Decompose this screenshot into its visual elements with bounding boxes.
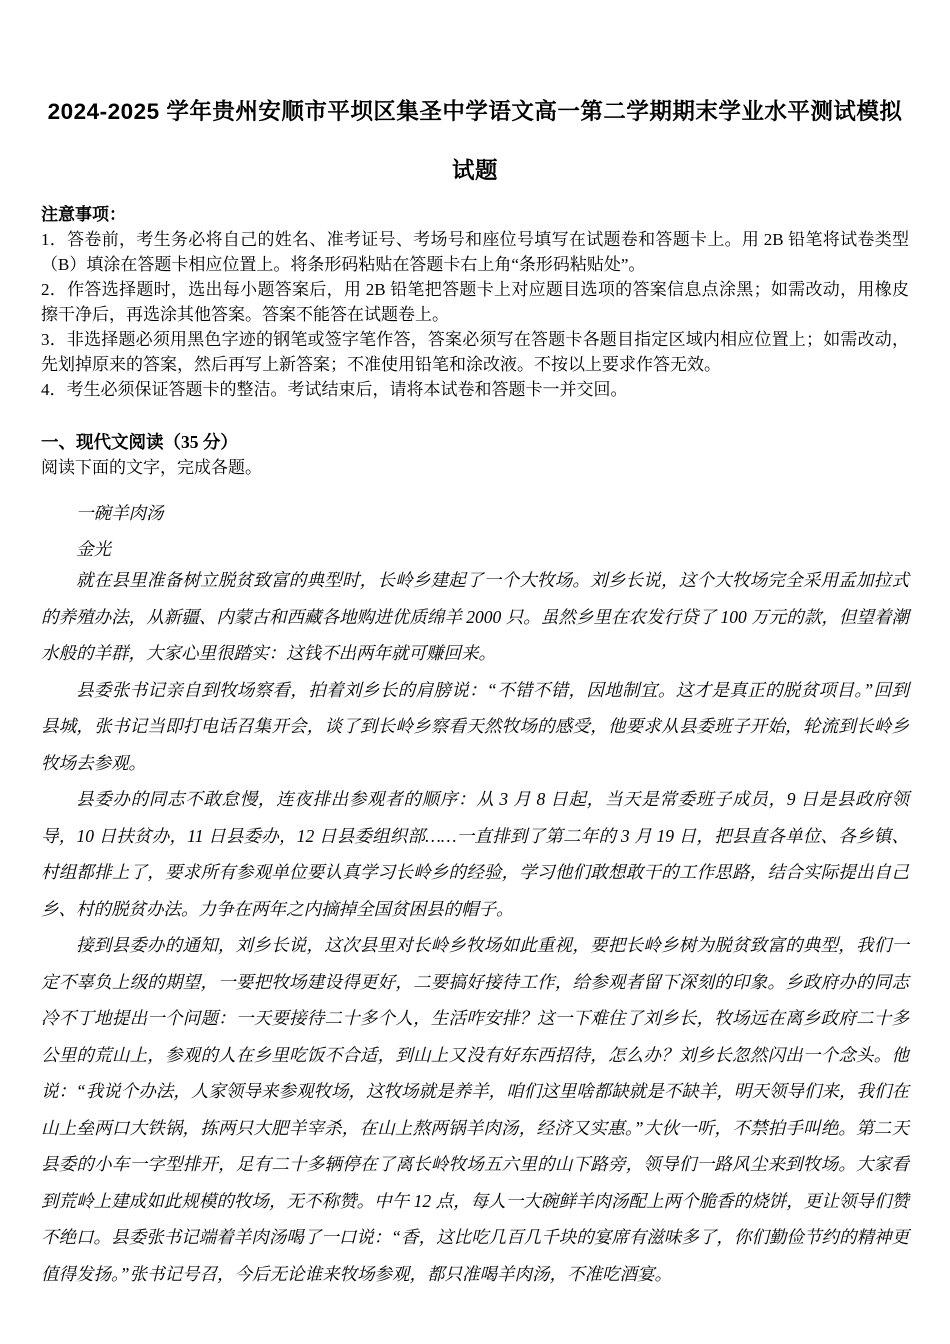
section-modern-reading: 一、现代文阅读（35 分） 阅读下面的文字，完成各题。 <box>41 430 909 480</box>
document-title-line1: 2024-2025 学年贵州安顺市平坝区集圣中学语文高一第二学期期末学业水平测试… <box>41 96 909 128</box>
passage-paragraph-1: 就在县里准备树立脱贫致富的典型时，长岭乡建起了一个大牧场。刘乡长说，这个大牧场完… <box>41 562 909 672</box>
passage-paragraph-3: 县委办的同志不敢怠慢，连夜排出参观者的顺序：从 3 月 8 日起，当天是常委班子… <box>41 781 909 927</box>
passage-paragraph-4: 接到县委办的通知，刘乡长说，这次县里对长岭乡牧场如此重视，要把长岭乡树为脱贫致富… <box>41 927 909 1292</box>
document-title-line2: 试题 <box>41 155 909 187</box>
notice-section: 注意事项： 1．答卷前，考生务必将自己的姓名、准考证号、考场号和座位号填写在试题… <box>41 202 909 402</box>
passage-author: 金光 <box>41 536 909 562</box>
reading-instruction: 阅读下面的文字，完成各题。 <box>41 455 909 480</box>
notice-item-2: 2．作答选择题时，选出每小题答案后，用 2B 铅笔把答题卡上对应题目选项的答案信… <box>41 277 909 327</box>
exam-paper-page: 2024-2025 学年贵州安顺市平坝区集圣中学语文高一第二学期期末学业水平测试… <box>0 0 950 1344</box>
notice-item-3: 3．非选择题必须用黑色字迹的钢笔或签字笔作答，答案必须写在答题卡各题目指定区域内… <box>41 327 909 377</box>
section-heading: 一、现代文阅读（35 分） <box>41 430 909 455</box>
notice-item-4: 4．考生必须保证答题卡的整洁。考试结束后，请将本试卷和答题卡一并交回。 <box>41 377 909 402</box>
notice-heading: 注意事项： <box>41 202 909 227</box>
passage-paragraph-2: 县委张书记亲自到牧场察看，拍着刘乡长的肩膀说：“不错不错，因地制宜。这才是真正的… <box>41 672 909 782</box>
reading-passage: 一碗羊肉汤 金光 就在县里准备树立脱贫致富的典型时，长岭乡建起了一个大牧场。刘乡… <box>41 500 909 1292</box>
notice-item-1: 1．答卷前，考生务必将自己的姓名、准考证号、考场号和座位号填写在试题卷和答题卡上… <box>41 227 909 277</box>
document-title: 2024-2025 学年贵州安顺市平坝区集圣中学语文高一第二学期期末学业水平测试… <box>41 96 909 187</box>
passage-title: 一碗羊肉汤 <box>41 500 909 526</box>
